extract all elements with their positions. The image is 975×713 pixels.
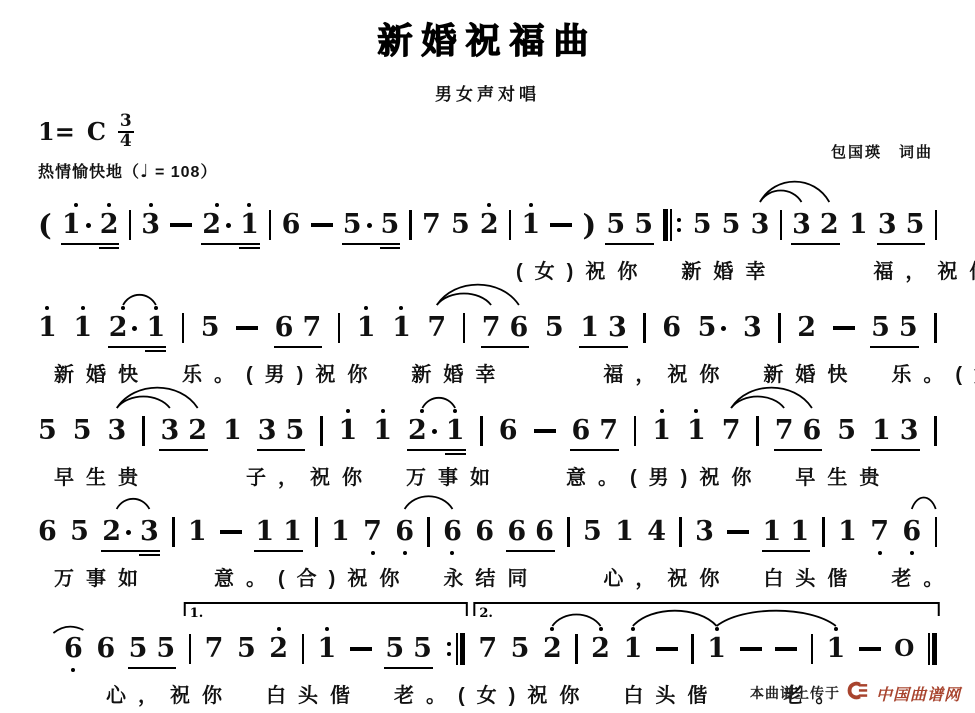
note: 6 [803, 416, 822, 446]
note: 5 [343, 210, 372, 240]
note: 3 [608, 313, 627, 343]
duration-dash [740, 647, 762, 650]
duration-dash [220, 530, 242, 533]
note-digit: 5 [606, 210, 625, 240]
note-digit: 5 [237, 634, 256, 664]
note: 6 [499, 416, 518, 446]
octave-up-dot [599, 627, 603, 631]
slur-tie-arc [422, 398, 455, 408]
barline [189, 634, 191, 664]
note: 2 [543, 634, 562, 664]
beam-line [791, 243, 840, 245]
note: 6 [64, 634, 83, 664]
octave-up-dot [247, 203, 251, 207]
duration-dash [534, 429, 556, 432]
repeat-dots [677, 218, 681, 232]
site-logo-icon [847, 681, 869, 705]
note-digit: 5 [385, 634, 404, 664]
note-digit: 2 [797, 313, 816, 343]
note-digit: 6 [395, 517, 414, 547]
note-digit: 1 [62, 210, 81, 240]
note: 6 [282, 210, 301, 240]
note-digit: 5 [545, 313, 564, 343]
note-digit: 5 [698, 313, 717, 343]
note-digit: 5 [693, 210, 712, 240]
barline [756, 416, 758, 446]
barline [427, 517, 429, 547]
note: 5 [156, 634, 175, 664]
barline [338, 313, 340, 343]
parenthesis: ( [38, 210, 52, 240]
note: 5 [413, 634, 432, 664]
note: 2 [480, 210, 499, 240]
key-letter: C [87, 117, 106, 146]
octave-up-dot [381, 409, 385, 413]
notes-row: 112156711776513653255 [38, 310, 937, 346]
beam-line [342, 243, 401, 245]
note-digit: 7 [302, 313, 321, 343]
note-digit: 1 [826, 634, 845, 664]
note: 7 [422, 210, 441, 240]
note: 1 [652, 416, 671, 446]
note-digit: 3 [743, 313, 762, 343]
underline [99, 247, 120, 249]
octave-up-dot [277, 627, 281, 631]
note: 5 [385, 634, 404, 664]
note: 7 [478, 634, 497, 664]
volta-label: 2. [479, 606, 493, 621]
note: 5 [722, 210, 741, 240]
beam-group: 21 [408, 416, 465, 446]
note-digit: 1 [687, 416, 706, 446]
lyrics-line: 早生贵 子，祝你 万事如 意。(男)祝你 早生贵 子，祝你 [38, 464, 937, 492]
note-digit: 7 [722, 416, 741, 446]
score: (123216557521)5555332135(女)祝你 新婚幸 福，祝你11… [38, 185, 937, 710]
barline [172, 517, 174, 547]
slur-tie-arc [760, 182, 829, 202]
note: 7 [722, 416, 741, 446]
note-digit: 5 [906, 210, 925, 240]
note: 7 [427, 313, 446, 343]
note-digit: 6 [499, 416, 518, 446]
note: 1 [373, 416, 392, 446]
beam-line [257, 449, 306, 451]
slur-tie-arc [912, 498, 936, 509]
note: 5 [545, 313, 564, 343]
octave-up-dot [364, 306, 368, 310]
notes-row: 65231111766666514311176 [38, 514, 937, 550]
note: 1 [223, 416, 242, 446]
note-digit: 2 [408, 416, 427, 446]
note-digit: 2 [102, 517, 121, 547]
note-digit: 5 [73, 416, 92, 446]
note: 5 [698, 313, 727, 343]
note: 1 [188, 517, 207, 547]
beam-group: 55 [129, 634, 176, 664]
barline [691, 634, 693, 664]
note-digit: 1 [872, 416, 891, 446]
note-digit: 1 [146, 313, 165, 343]
beam-group: 76 [482, 313, 529, 343]
time-signature: 3 4 [118, 113, 134, 151]
note: 1 [283, 517, 302, 547]
note-digit: 6 [475, 517, 494, 547]
barline [778, 313, 780, 343]
note: 5 [837, 416, 856, 446]
note: 1 [62, 210, 91, 240]
barline [811, 634, 813, 664]
octave-up-dot [487, 203, 491, 207]
note-digit: 5 [70, 517, 89, 547]
duration-dash [775, 647, 797, 650]
note-digit: 7 [205, 634, 224, 664]
duration-dash [170, 223, 192, 226]
note-digit: 3 [140, 517, 159, 547]
site-name[interactable]: 中国曲谱网 [876, 682, 961, 705]
beam-line [774, 449, 823, 451]
note-digit: 5 [38, 416, 57, 446]
note-digit: 6 [510, 313, 529, 343]
note-digit: 1 [317, 634, 336, 664]
octave-up-dot [81, 306, 85, 310]
note: 2 [408, 416, 437, 446]
beam-line [579, 346, 628, 348]
note: 1 [255, 517, 274, 547]
slur-tie-arc [552, 615, 600, 626]
note-digit: 6 [902, 517, 921, 547]
note-digit: 2 [100, 210, 119, 240]
beam-line [762, 550, 811, 552]
underline [380, 247, 401, 249]
augmentation-dot [132, 326, 137, 331]
note: 3 [695, 517, 714, 547]
beam-line [605, 243, 654, 245]
slur-tie-arc [717, 611, 836, 626]
barline [935, 517, 937, 547]
note: 2 [797, 313, 816, 343]
note: 2 [820, 210, 839, 240]
note: 6 [662, 313, 681, 343]
repeat-end-barline [445, 633, 464, 665]
note: 1 [838, 517, 857, 547]
note: 6 [38, 517, 57, 547]
notes-row: 66557521557522111O [38, 631, 937, 667]
note: 4 [647, 517, 666, 547]
octave-up-dot [149, 203, 153, 207]
barline [575, 634, 577, 664]
note: 3 [107, 416, 126, 446]
note: 3 [140, 517, 159, 547]
note-digit: 5 [343, 210, 362, 240]
augmentation-dot [86, 223, 91, 228]
note-digit: 2 [543, 634, 562, 664]
augmentation-dot [226, 223, 231, 228]
note-digit: 1 [357, 313, 376, 343]
note: 7 [870, 517, 889, 547]
slur-tie-arc [437, 294, 491, 305]
barline [129, 210, 131, 240]
note-digit: 7 [599, 416, 618, 446]
note-digit: 1 [849, 210, 868, 240]
note-digit: 3 [695, 517, 714, 547]
footer: 本曲谱上传于 中国曲谱网 [750, 681, 961, 705]
duration-dash [550, 223, 572, 226]
score-line: (123216557521)5555332135(女)祝你 新婚幸 福，祝你 [38, 185, 937, 286]
octave-down-dot [371, 551, 375, 555]
barline [480, 416, 482, 446]
note: 5 [73, 416, 92, 446]
note: 6 [395, 517, 414, 547]
song-subtitle: 男女声对唱 [38, 80, 937, 105]
note: 5 [906, 210, 925, 240]
beam-group: 12 [62, 210, 119, 240]
note: 7 [599, 416, 618, 446]
note-digit: 1 [255, 517, 274, 547]
note-digit: 1 [838, 517, 857, 547]
underline [239, 247, 260, 249]
note: 7 [482, 313, 501, 343]
octave-up-dot [694, 409, 698, 413]
barline [935, 210, 937, 240]
score-meta: 1= C 3 4 包国瑛 词曲 热情愉快地（♩ = 108） [38, 113, 937, 183]
augmentation-dot [721, 326, 726, 331]
note: 5 [871, 313, 890, 343]
note-digit: 3 [258, 416, 277, 446]
sheet-music-page: 新婚祝福曲 男女声对唱 1= C 3 4 包国瑛 词曲 热情愉快地（♩ = 10… [0, 0, 975, 710]
note-digit: 3 [878, 210, 897, 240]
barline [269, 210, 271, 240]
beam-group: 55 [343, 210, 400, 240]
note: 1 [357, 313, 376, 343]
slur-tie-arc [633, 611, 717, 626]
beam-line [159, 449, 208, 451]
note-digit: 1 [283, 517, 302, 547]
note-digit: 3 [107, 416, 126, 446]
note-digit: 5 [156, 634, 175, 664]
note-digit: 6 [275, 313, 294, 343]
octave-up-dot [154, 306, 158, 310]
underline [145, 350, 166, 352]
note: 5 [70, 517, 89, 547]
note: 5 [381, 210, 400, 240]
note-digit: 3 [141, 210, 160, 240]
beam-line [108, 346, 167, 348]
slur-tie-arc [731, 388, 812, 408]
score-line: 112156711776513653255新婚快 乐。(男)祝你 新婚幸 福，祝… [38, 286, 937, 389]
slur-tie-arc [117, 388, 198, 408]
beam-group: 32 [160, 416, 207, 446]
note-digit: 2 [202, 210, 221, 240]
note: 5 [286, 416, 305, 446]
note: 5 [899, 313, 918, 343]
barline [567, 517, 569, 547]
beam-group: 11 [763, 517, 810, 547]
note: 1 [623, 634, 642, 664]
note-digit: 2 [591, 634, 610, 664]
note-digit: 1 [240, 210, 259, 240]
time-signature-numerator: 3 [118, 113, 134, 133]
note: 5 [451, 210, 470, 240]
repeat-dots [447, 642, 451, 656]
barline [934, 313, 936, 343]
note-digit: 4 [647, 517, 666, 547]
key-prefix: 1= [38, 117, 75, 146]
note: 5 [201, 313, 220, 343]
barline [142, 416, 144, 446]
note: 3 [141, 210, 160, 240]
beam-group: 55 [606, 210, 653, 240]
key-signature: 1= C 3 4 [38, 113, 937, 151]
note: 6 [507, 517, 526, 547]
duration-dash [656, 647, 678, 650]
note: 5 [129, 634, 148, 664]
note-digit: 6 [507, 517, 526, 547]
note: 1 [240, 210, 259, 240]
score-line: 55332135112166711776513早生贵 子，祝你 万事如 意。(男… [38, 389, 937, 492]
note-digit: 5 [837, 416, 856, 446]
note: 2 [109, 313, 138, 343]
lyrics-line: 新婚快 乐。(男)祝你 新婚幸 福，祝你 新婚快 乐。(女)祝你 [38, 361, 937, 389]
octave-up-dot [660, 409, 664, 413]
beam-group: 67 [571, 416, 618, 446]
note-digit: 2 [820, 210, 839, 240]
note: 6 [571, 416, 590, 446]
octave-up-dot [834, 627, 838, 631]
note-digit: 5 [413, 634, 432, 664]
time-signature-denominator: 4 [120, 133, 132, 151]
note: 1 [339, 416, 358, 446]
note: 6 [510, 313, 529, 343]
note-digit: 6 [282, 210, 301, 240]
beam-line [128, 667, 177, 669]
note: 5 [693, 210, 712, 240]
note-digit: O [894, 634, 914, 664]
note-digit: 6 [96, 634, 115, 664]
note-digit: 1 [652, 416, 671, 446]
duration-dash [236, 326, 258, 329]
note: 1 [790, 517, 809, 547]
note-digit: 3 [751, 210, 770, 240]
note-digit: 7 [363, 517, 382, 547]
song-title: 新婚祝福曲 [38, 14, 937, 64]
octave-down-dot [910, 551, 914, 555]
note-digit: 5 [286, 416, 305, 446]
note: 2 [269, 634, 288, 664]
note: 1 [446, 416, 465, 446]
beam-line [877, 243, 926, 245]
note: 1 [73, 313, 92, 343]
note: 6 [275, 313, 294, 343]
beam-line [201, 243, 260, 245]
barline [780, 210, 782, 240]
beam-group: 11 [255, 517, 302, 547]
note: 1 [580, 313, 599, 343]
note-digit: 5 [451, 210, 470, 240]
note-digit: 1 [623, 634, 642, 664]
note-digit: 7 [775, 416, 794, 446]
note: 5 [583, 517, 602, 547]
note: 3 [258, 416, 277, 446]
note: 1 [849, 210, 868, 240]
note: 5 [38, 416, 57, 446]
note: 5 [606, 210, 625, 240]
note: 3 [792, 210, 811, 240]
beam-group: 21 [202, 210, 259, 240]
note: 3 [160, 416, 179, 446]
beam-group: 23 [102, 517, 159, 547]
note-digit: 3 [900, 416, 919, 446]
note-digit: 5 [634, 210, 653, 240]
note-digit: 7 [482, 313, 501, 343]
lyrics-line: 万事如 意。(合)祝你 永结同 心，祝你 白头偕 老。 祝你 永结同 [38, 565, 937, 593]
note-digit: 5 [511, 634, 530, 664]
barline [509, 210, 511, 240]
note: 6 [902, 517, 921, 547]
octave-up-dot [74, 203, 78, 207]
note: 1 [872, 416, 891, 446]
octave-down-dot [71, 668, 75, 672]
note-digit: 2 [188, 416, 207, 446]
note-digit: 1 [446, 416, 465, 446]
beam-group: 66 [507, 517, 554, 547]
note: 2 [188, 416, 207, 446]
beam-group: 35 [878, 210, 925, 240]
barline [679, 517, 681, 547]
beam-line [254, 550, 303, 552]
note-digit: 1 [38, 313, 57, 343]
beam-line [61, 243, 120, 245]
barline [182, 313, 184, 343]
beam-line [570, 449, 619, 451]
note-digit: 1 [73, 313, 92, 343]
uploaded-by-text: 本曲谱上传于 [750, 683, 840, 703]
quarter-note-icon: ♩ [140, 161, 150, 182]
slur-tie-arc [117, 397, 170, 408]
note: 2 [591, 634, 610, 664]
octave-up-dot [399, 306, 403, 310]
note-digit: 2 [480, 210, 499, 240]
note: 1 [615, 517, 634, 547]
note: 7 [775, 416, 794, 446]
beam-line [506, 550, 555, 552]
octave-up-dot [715, 627, 719, 631]
duration-dash [859, 647, 881, 650]
note-digit: 5 [381, 210, 400, 240]
note: 3 [900, 416, 919, 446]
beam-group: 32 [792, 210, 839, 240]
final-barline [928, 633, 937, 665]
octave-down-dot [450, 551, 454, 555]
augmentation-dot [126, 530, 131, 535]
note-digit: 5 [129, 634, 148, 664]
note-digit: 1 [339, 416, 358, 446]
octave-up-dot [45, 306, 49, 310]
note: 1 [317, 634, 336, 664]
note-digit: 6 [443, 517, 462, 547]
beam-line [384, 667, 433, 669]
volta-label: 1. [190, 606, 204, 621]
beam-line [274, 346, 323, 348]
note: 1 [146, 313, 165, 343]
note: 3 [751, 210, 770, 240]
octave-up-dot [215, 203, 219, 207]
note-digit: 6 [38, 517, 57, 547]
note-digit: 7 [478, 634, 497, 664]
note: 1 [687, 416, 706, 446]
note: 7 [205, 634, 224, 664]
note: 1 [392, 313, 411, 343]
note: 7 [302, 313, 321, 343]
